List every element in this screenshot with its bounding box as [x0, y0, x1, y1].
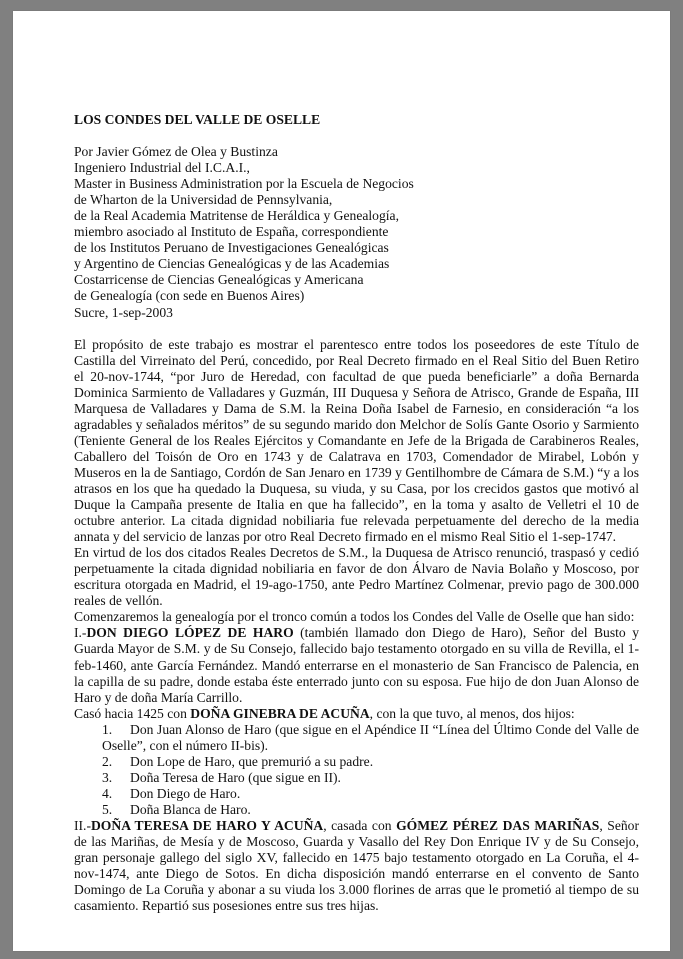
author-line: de la Real Academia Matritense de Heráld…: [74, 208, 639, 224]
author-line: de Wharton de la Universidad de Pennsylv…: [74, 192, 639, 208]
document-content: LOS CONDES DEL VALLE DE OSELLE Por Javie…: [74, 112, 639, 914]
child-item: 3.Doña Teresa de Haro (que sigue en II).: [74, 770, 639, 786]
section-2-name: DOÑA TERESA DE HARO Y ACUÑA: [91, 818, 323, 833]
author-line: de Genealogía (con sede en Buenos Aires): [74, 288, 639, 304]
child-number: 2.: [102, 754, 130, 770]
author-line: Master in Business Administration por la…: [74, 176, 639, 192]
child-item: 5.Doña Blanca de Haro.: [74, 802, 639, 818]
author-line: Ingeniero Industrial del I.C.A.I.,: [74, 160, 639, 176]
marriage-post: , con la que tuvo, al menos, dos hijos:: [370, 706, 575, 721]
section-2: II.-DOÑA TERESA DE HARO Y ACUÑA, casada …: [74, 818, 639, 914]
section-2-mid: , casada con: [323, 818, 396, 833]
children-list: 1.Don Juan Alonso de Haro (que sigue en …: [74, 722, 639, 818]
section-1-name: DON DIEGO LÓPEZ DE HARO: [86, 625, 293, 640]
child-number: 3.: [102, 770, 130, 786]
section-2-spouse: GÓMEZ PÉREZ DAS MARIÑAS: [396, 818, 599, 833]
child-text: Don Lope de Haro, que premurió a su padr…: [130, 754, 373, 769]
marriage-line: Casó hacia 1425 con DOÑA GINEBRA DE ACUÑ…: [74, 706, 639, 722]
author-line: Costarricense de Ciencias Genealógicas y…: [74, 272, 639, 288]
child-text: Doña Blanca de Haro.: [130, 802, 251, 817]
child-text: Don Diego de Haro.: [130, 786, 240, 801]
child-item: 1.Don Juan Alonso de Haro (que sigue en …: [74, 722, 639, 754]
child-text: Don Juan Alonso de Haro (que sigue en el…: [102, 722, 639, 753]
child-item: 2.Don Lope de Haro, que premurió a su pa…: [74, 754, 639, 770]
child-number: 5.: [102, 802, 130, 818]
document-title: LOS CONDES DEL VALLE DE OSELLE: [74, 112, 639, 128]
renunciation-paragraph: En virtud de los dos citados Reales Decr…: [74, 545, 639, 609]
section-1: I.-DON DIEGO LÓPEZ DE HARO (también llam…: [74, 625, 639, 705]
author-line: Por Javier Gómez de Olea y Bustinza: [74, 144, 639, 160]
intro-paragraph: El propósito de este trabajo es mostrar …: [74, 337, 639, 546]
marriage-pre: Casó hacia 1425 con: [74, 706, 190, 721]
spouse-name: DOÑA GINEBRA DE ACUÑA: [190, 706, 369, 721]
document-page: LOS CONDES DEL VALLE DE OSELLE Por Javie…: [13, 11, 670, 951]
child-text: Doña Teresa de Haro (que sigue en II).: [130, 770, 341, 785]
section-2-prefix: II.-: [74, 818, 91, 833]
author-line: de los Institutos Peruano de Investigaci…: [74, 240, 639, 256]
child-item: 4.Don Diego de Haro.: [74, 786, 639, 802]
genealogy-intro: Comenzaremos la genealogía por el tronco…: [74, 609, 639, 625]
child-number: 4.: [102, 786, 130, 802]
author-line: miembro asociado al Instituto de España,…: [74, 224, 639, 240]
child-number: 1.: [102, 722, 130, 738]
author-line: y Argentino de Ciencias Genealógicas y d…: [74, 256, 639, 272]
author-block: Por Javier Gómez de Olea y Bustinza Inge…: [74, 144, 639, 321]
document-date: Sucre, 1-sep-2003: [74, 305, 639, 321]
section-1-prefix: I.-: [74, 625, 86, 640]
